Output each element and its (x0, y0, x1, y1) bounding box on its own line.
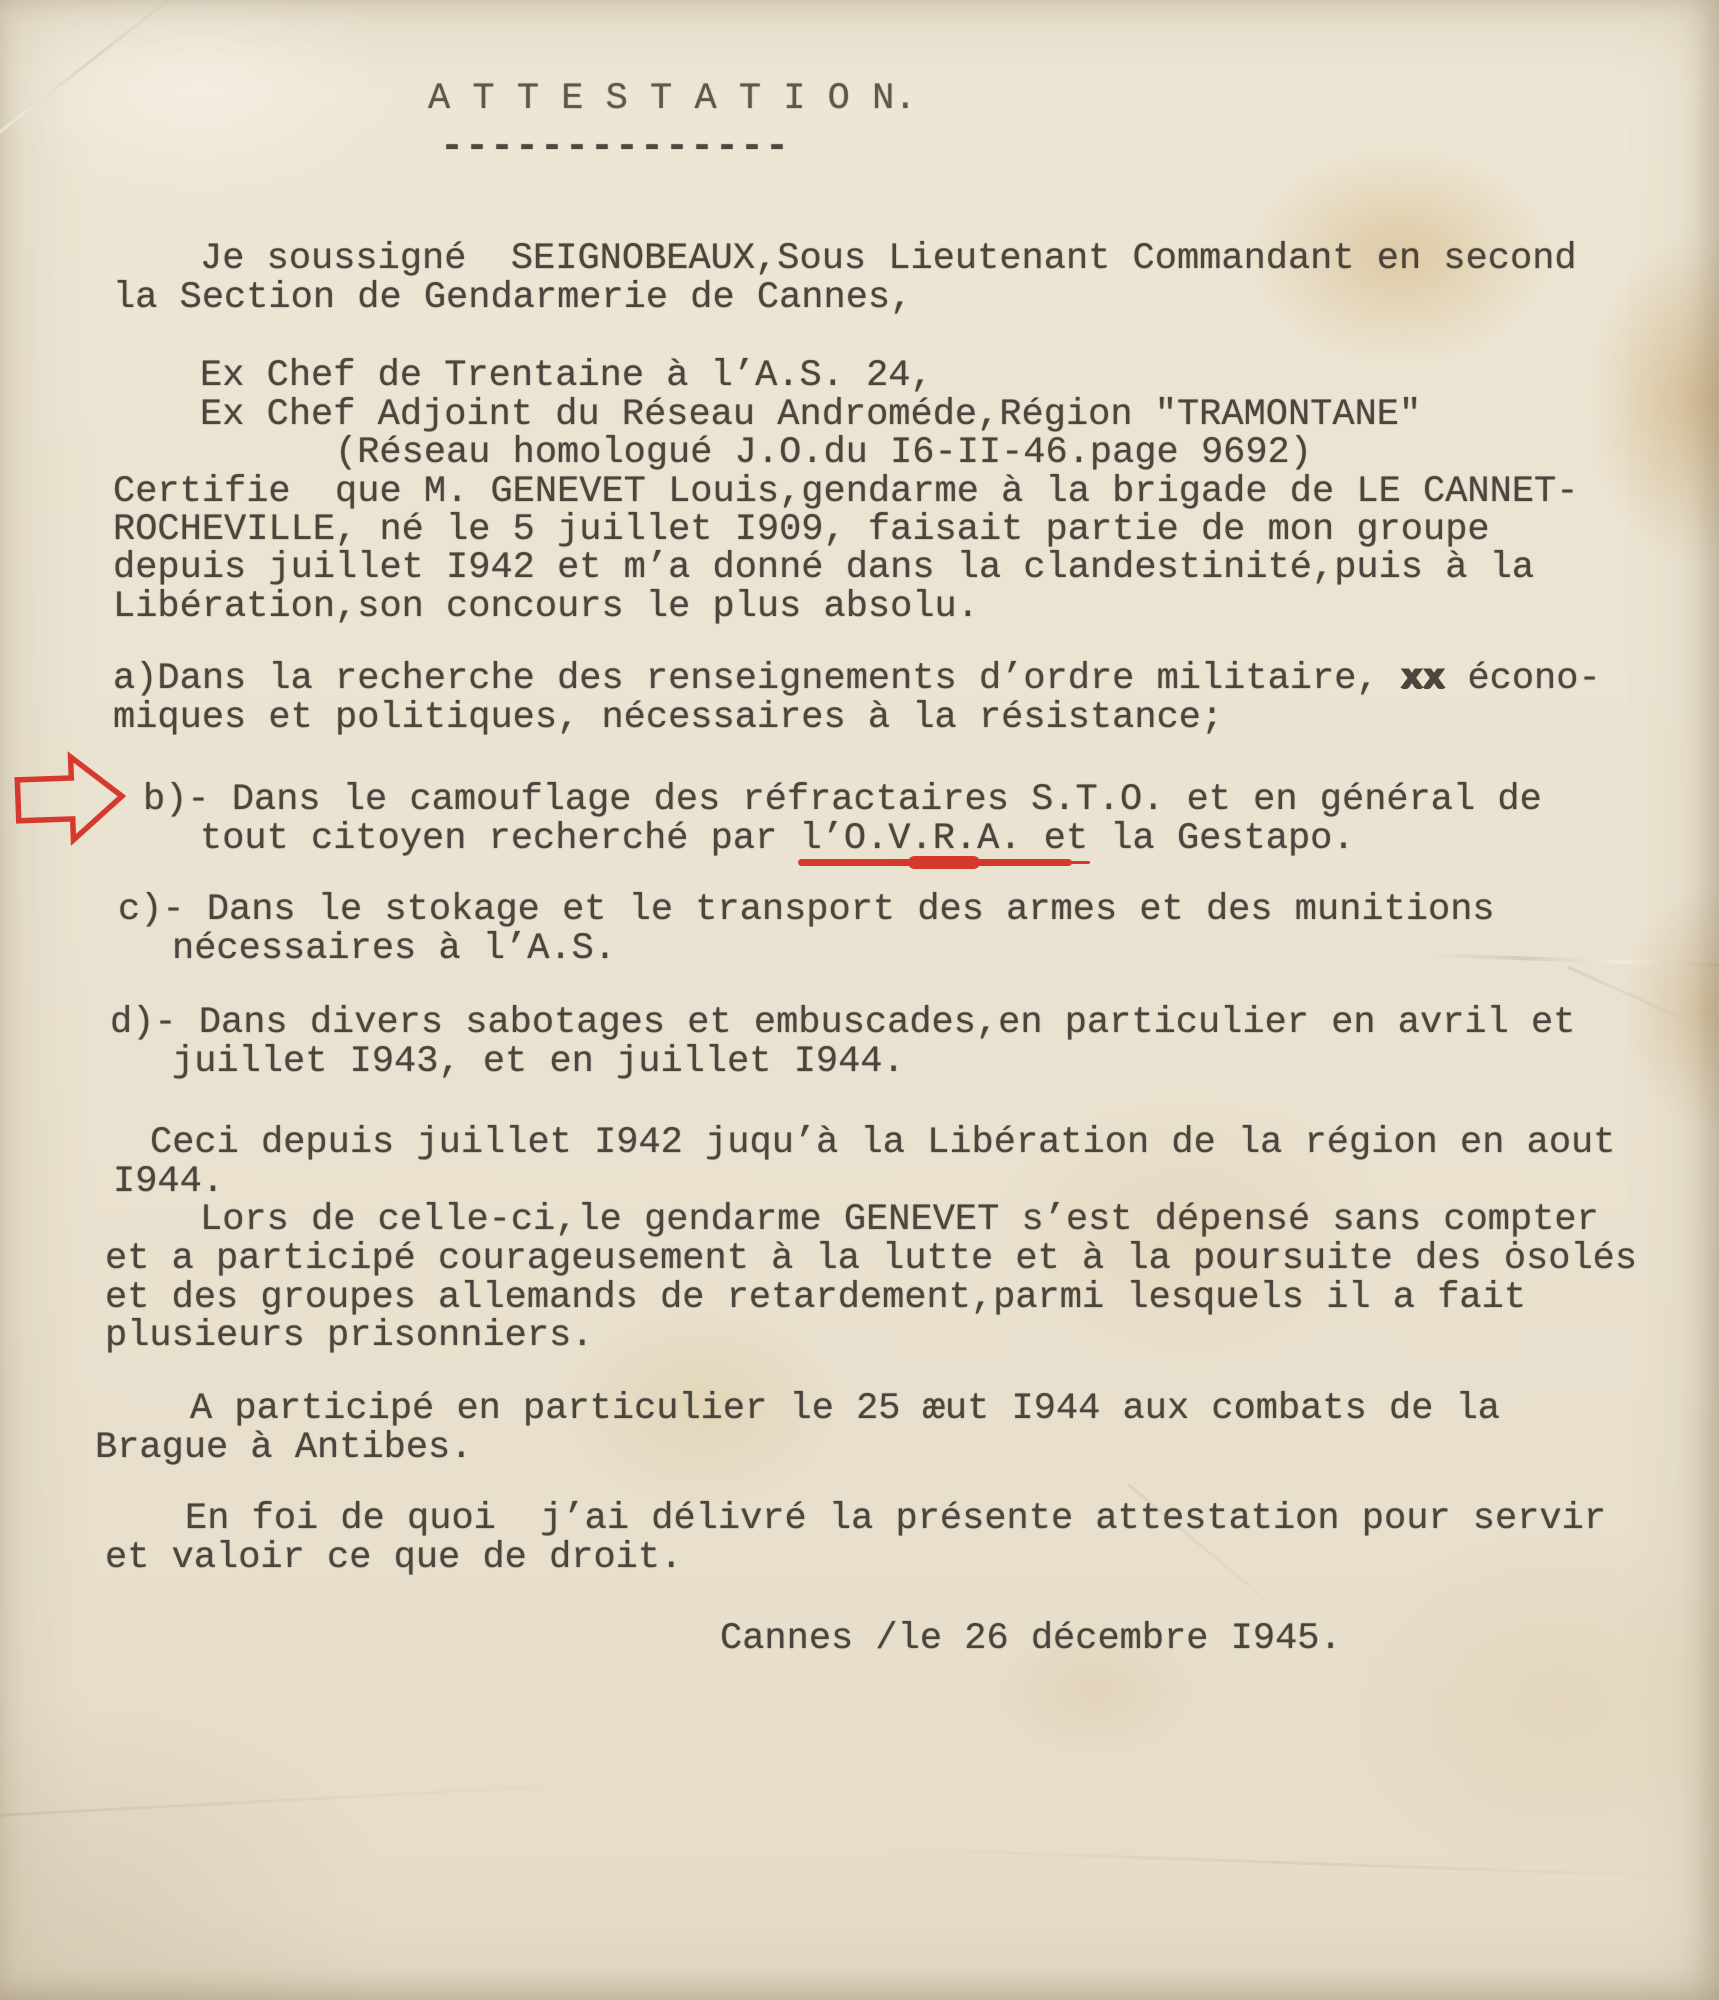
paper-crease (0, 0, 193, 143)
document-line: c)- Dans le stokage et le transport des … (118, 891, 1495, 929)
document-line: Certifie que M. GENEVET Louis,gendarme à… (113, 473, 1578, 511)
document-line: tout citoyen recherché par l’O.V.R.A. et… (200, 820, 1355, 858)
document-line: Lors de celle-ci,le gendarme GENEVET s’e… (200, 1201, 1599, 1239)
document-line: nécessaires à l’A.S. (172, 930, 616, 968)
document-line: la Section de Gendarmerie de Cannes, (113, 279, 912, 317)
document-line: Je soussigné SEIGNOBEAUX,Sous Lieutenant… (200, 240, 1577, 278)
text-segment: écono- (1445, 658, 1600, 700)
paper-crease (1425, 953, 1719, 967)
document-line: Ex Chef Adjoint du Réseau Androméde,Régi… (200, 396, 1421, 434)
document-line: b)- Dans le camouflage des réfractaires … (143, 781, 1542, 819)
document-line: Ex Chef de Trentaine à l’A.S. 24, (200, 357, 933, 395)
text-segment: a)Dans la recherche des renseignements d… (113, 658, 1401, 700)
document-line: plusieurs prisonniers. (105, 1317, 593, 1355)
document-line: et des groupes allemands de retardement,… (105, 1279, 1526, 1317)
paper-crease (880, 1847, 1719, 1880)
red-arrow-annotation-icon (12, 748, 127, 849)
document-title: A T T E S T A T I O N. (428, 80, 916, 118)
paper-crease (0, 1781, 620, 1817)
document-line: depuis juillet I942 et m’a donné dans la… (113, 549, 1534, 587)
document-line: ROCHEVILLE, né le 5 juillet I909, faisai… (113, 511, 1490, 549)
document-line: Cannes /le 26 décembre I945. (720, 1620, 1342, 1658)
paper-crease (1567, 966, 1719, 1038)
document-page: A T T E S T A T I O N. -------------- Je… (0, 0, 1719, 2000)
document-line: a)Dans la recherche des renseignements d… (113, 660, 1601, 698)
document-line: I944. (113, 1163, 224, 1201)
document-line: et valoir ce que de droit. (105, 1539, 682, 1577)
title-underline: -------------- (440, 128, 790, 168)
underline-ink-tail (1066, 861, 1090, 864)
document-line: A participé en particulier le 25 æut I94… (190, 1390, 1500, 1428)
document-line: Libération,son concours le plus absolu. (113, 588, 979, 626)
document-line: juillet I943, et en juillet I944. (172, 1043, 905, 1081)
document-line: d)- Dans divers sabotages et embuscades,… (110, 1004, 1575, 1042)
underline-ink-blob (908, 856, 980, 869)
red-underline-annotation (798, 859, 1072, 866)
document-line: En foi de quoi j’ai délivré la présente … (185, 1500, 1606, 1538)
document-line: (Réseau homologué J.O.du I6-II-46.page 9… (335, 434, 1312, 472)
document-line: Ceci depuis juillet I942 juqu’à la Libér… (150, 1124, 1615, 1162)
document-line: Brague à Antibes. (95, 1429, 472, 1467)
overstruck-text: xx (1401, 658, 1445, 700)
document-line: miques et politiques, nécessaires à la r… (113, 699, 1223, 737)
document-line: et a participé courageusement à la lutte… (105, 1240, 1637, 1278)
